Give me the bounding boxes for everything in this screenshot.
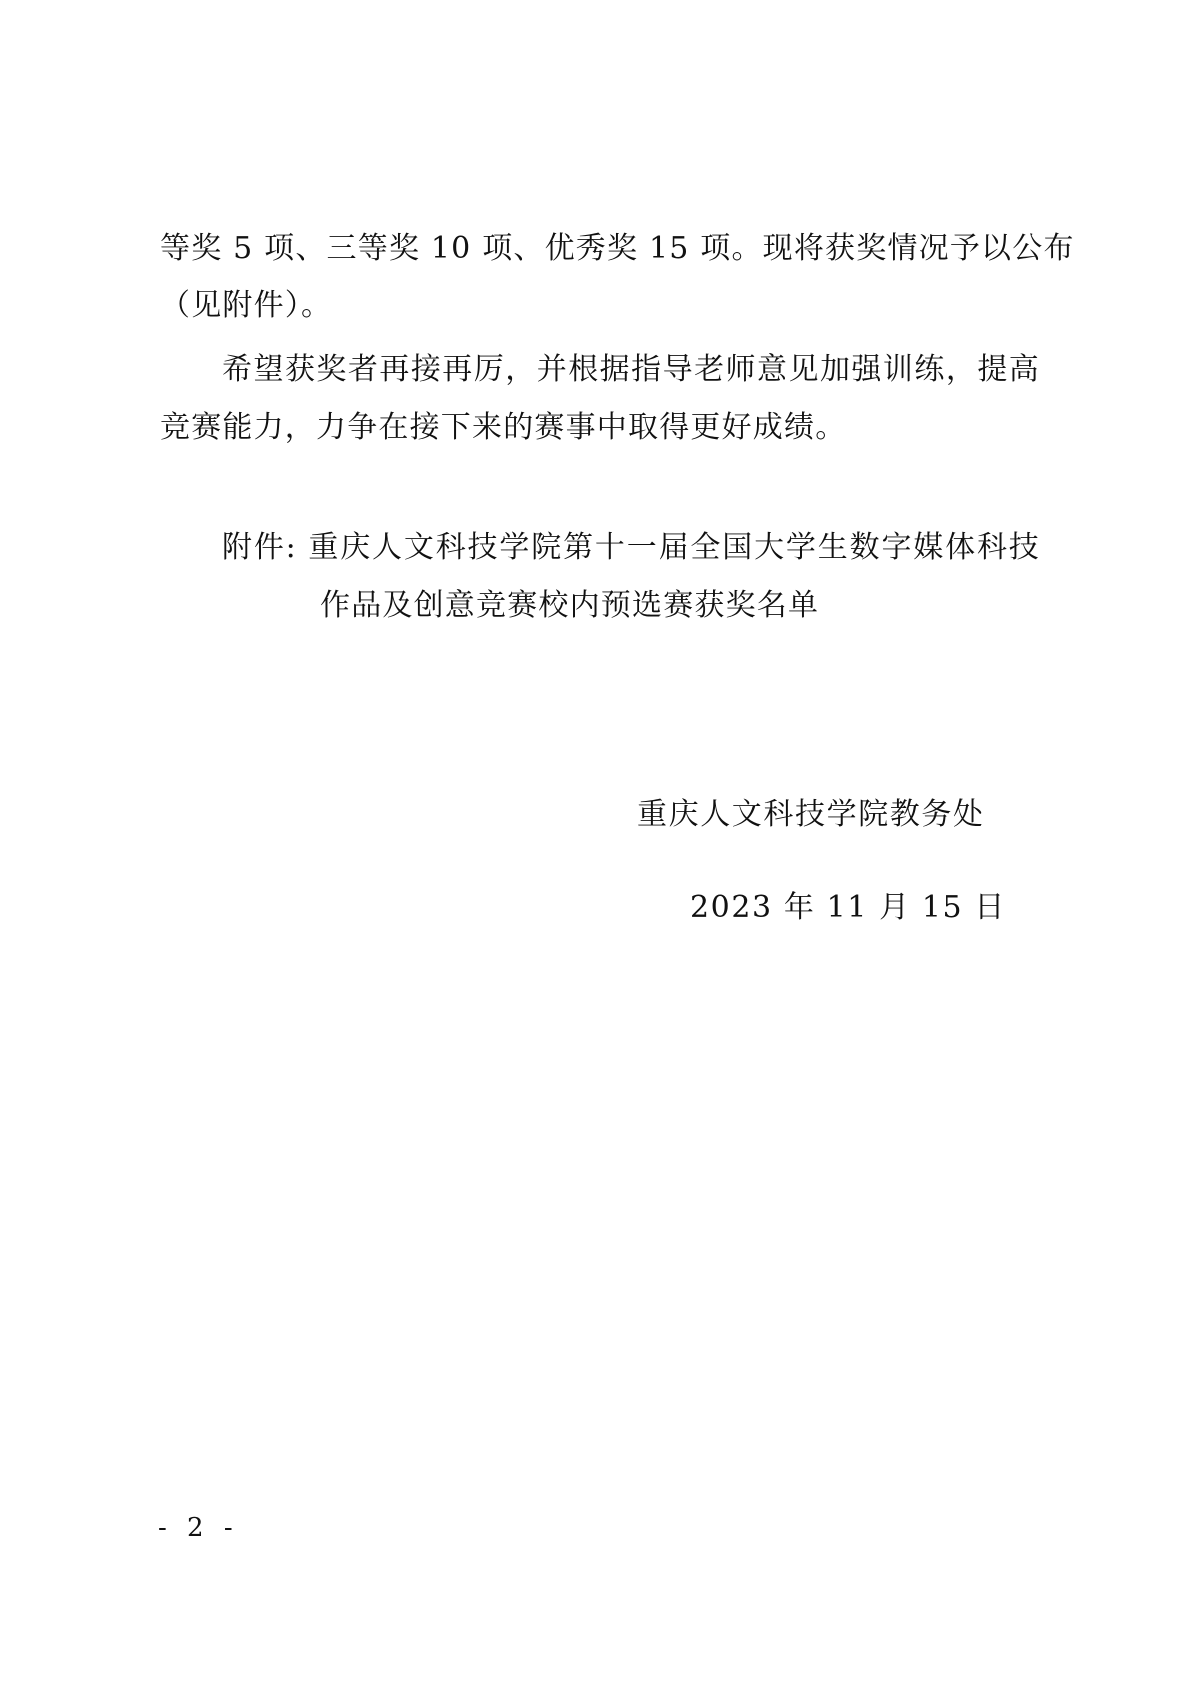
- body-paragraph-2-line-2: 竞赛能力，力争在接下来的赛事中取得更好成绩。: [160, 408, 846, 448]
- issuer-signature: 重庆人文科技学院教务处: [637, 795, 985, 835]
- body-paragraph-2-line-1: 希望获奖者再接再厉，并根据指导老师意见加强训练，提高: [222, 350, 1040, 390]
- issue-date: 2023 年 11 月 15 日: [690, 888, 1006, 928]
- attachment-line-2: 作品及创意竞赛校内预选赛获奖名单: [320, 586, 819, 626]
- page-number: - 2 -: [158, 1512, 239, 1544]
- body-paragraph-1-line-1: 等奖 5 项、三等奖 10 项、优秀奖 15 项。现将获奖情况予以公布: [160, 229, 1040, 269]
- attachment-line-1: 附件: 重庆人文科技学院第十一届全国大学生数字媒体科技: [222, 528, 1040, 568]
- body-paragraph-1-line-2: （见附件）。: [160, 286, 332, 326]
